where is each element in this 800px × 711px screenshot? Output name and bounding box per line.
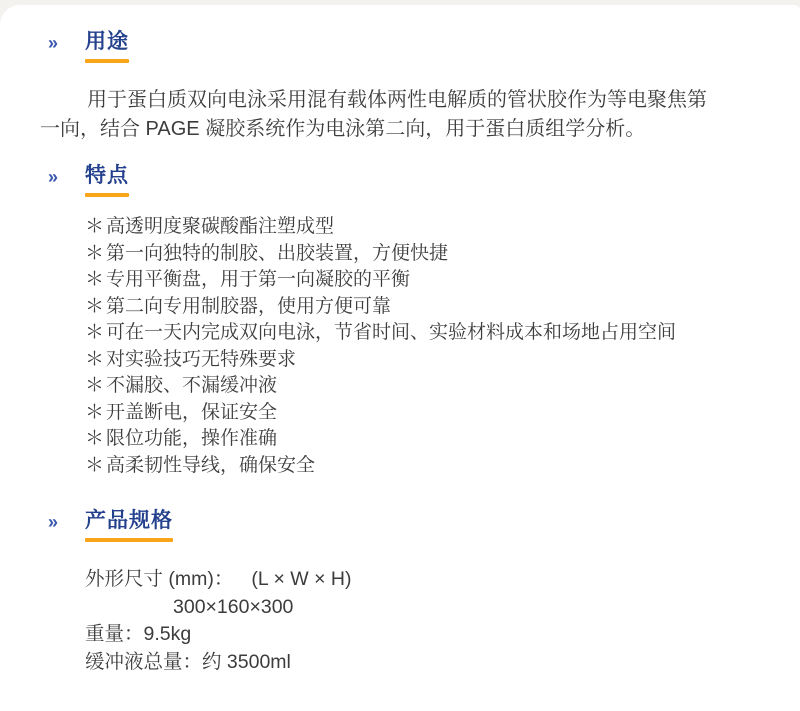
- double-chevron-icon: »: [48, 30, 60, 54]
- feature-item: ＊专用平衡盘，用于第一向凝胶的平衡: [85, 267, 760, 294]
- feature-text: 专用平衡盘，用于第一向凝胶的平衡: [106, 269, 410, 290]
- features-title-underline: [85, 193, 129, 197]
- feature-item: ＊不漏胶、不漏缓冲液: [85, 373, 760, 400]
- specs-section-title: 产品规格: [85, 509, 173, 533]
- feature-list: ＊高透明度聚碳酸酯注塑成型 ＊第一向独特的制胶、出胶装置，方便快捷 ＊专用平衡盘…: [85, 214, 760, 479]
- usage-section-header: » 用途: [48, 30, 760, 63]
- section-usage: » 用途 用于蛋白质双向电泳采用混有载体两性电解质的管状胶作为等电聚焦第 一向，…: [40, 30, 760, 144]
- usage-title-underline: [85, 59, 129, 63]
- section-specs: » 产品规格 外形尺寸 (mm)：(L × W × H) 300×160×300…: [40, 509, 760, 676]
- feature-item: ＊限位功能，操作准确: [85, 426, 760, 453]
- asterisk-bullet: ＊: [85, 428, 104, 449]
- spec-buffer-row: 缓冲液总量：约 3500ml: [85, 649, 760, 677]
- feature-text: 不漏胶、不漏缓冲液: [106, 375, 277, 396]
- feature-item: ＊可在一天内完成双向电泳，节省时间、实验材料成本和场地占用空间: [85, 320, 760, 347]
- usage-paragraph: 用于蛋白质双向电泳采用混有载体两性电解质的管状胶作为等电聚焦第 一向，结合 PA…: [40, 86, 760, 144]
- asterisk-bullet: ＊: [85, 349, 104, 370]
- feature-text: 第一向独特的制胶、出胶装置，方便快捷: [106, 243, 448, 264]
- specs-title-underline: [85, 538, 173, 542]
- feature-text: 开盖断电，保证安全: [106, 402, 277, 423]
- feature-item: ＊高透明度聚碳酸酯注塑成型: [85, 214, 760, 241]
- asterisk-bullet: ＊: [85, 269, 104, 290]
- asterisk-bullet: ＊: [85, 375, 104, 396]
- spec-list: 外形尺寸 (mm)：(L × W × H) 300×160×300 重量：9.5…: [85, 566, 760, 676]
- feature-text: 限位功能，操作准确: [106, 428, 277, 449]
- product-detail-card: » 用途 用于蛋白质双向电泳采用混有载体两性电解质的管状胶作为等电聚焦第 一向，…: [0, 5, 800, 711]
- asterisk-bullet: ＊: [85, 402, 104, 423]
- section-features: » 特点 ＊高透明度聚碳酸酯注塑成型 ＊第一向独特的制胶、出胶装置，方便快捷 ＊…: [40, 164, 760, 479]
- specs-section-header: » 产品规格: [48, 509, 760, 542]
- asterisk-bullet: ＊: [85, 455, 104, 476]
- spec-dimensions-label: 外形尺寸 (mm)：: [85, 568, 233, 590]
- usage-title-wrap: 用途: [85, 30, 129, 63]
- spec-dimensions-row: 外形尺寸 (mm)：(L × W × H): [85, 566, 760, 594]
- feature-text: 高透明度聚碳酸酯注塑成型: [106, 216, 334, 237]
- feature-text: 对实验技巧无特殊要求: [106, 349, 296, 370]
- feature-item: ＊对实验技巧无特殊要求: [85, 347, 760, 374]
- asterisk-bullet: ＊: [85, 216, 104, 237]
- features-section-title: 特点: [85, 164, 129, 188]
- usage-section-title: 用途: [85, 30, 129, 54]
- usage-paragraph-line: 一向，结合 PAGE 凝胶系统作为电泳第二向，用于蛋白质组学分析。: [40, 115, 760, 144]
- features-section-header: » 特点: [48, 164, 760, 197]
- feature-item: ＊高柔韧性导线，确保安全: [85, 453, 760, 480]
- spec-dimensions-axes: (L × W × H): [251, 568, 351, 590]
- feature-text: 可在一天内完成双向电泳，节省时间、实验材料成本和场地占用空间: [106, 322, 676, 343]
- spec-dimensions-value: 300×160×300: [173, 594, 760, 622]
- feature-item: ＊第二向专用制胶器，使用方便可靠: [85, 294, 760, 321]
- double-chevron-icon: »: [48, 164, 60, 188]
- asterisk-bullet: ＊: [85, 322, 104, 343]
- feature-item: ＊第一向独特的制胶、出胶装置，方便快捷: [85, 241, 760, 268]
- feature-text: 高柔韧性导线，确保安全: [106, 455, 315, 476]
- feature-item: ＊开盖断电，保证安全: [85, 400, 760, 427]
- double-chevron-icon: »: [48, 509, 60, 533]
- usage-paragraph-line: 用于蛋白质双向电泳采用混有载体两性电解质的管状胶作为等电聚焦第: [40, 86, 760, 115]
- asterisk-bullet: ＊: [85, 296, 104, 317]
- features-title-wrap: 特点: [85, 164, 129, 197]
- feature-text: 第二向专用制胶器，使用方便可靠: [106, 296, 391, 317]
- specs-title-wrap: 产品规格: [85, 509, 173, 542]
- spec-weight-row: 重量：9.5kg: [85, 621, 760, 649]
- asterisk-bullet: ＊: [85, 243, 104, 264]
